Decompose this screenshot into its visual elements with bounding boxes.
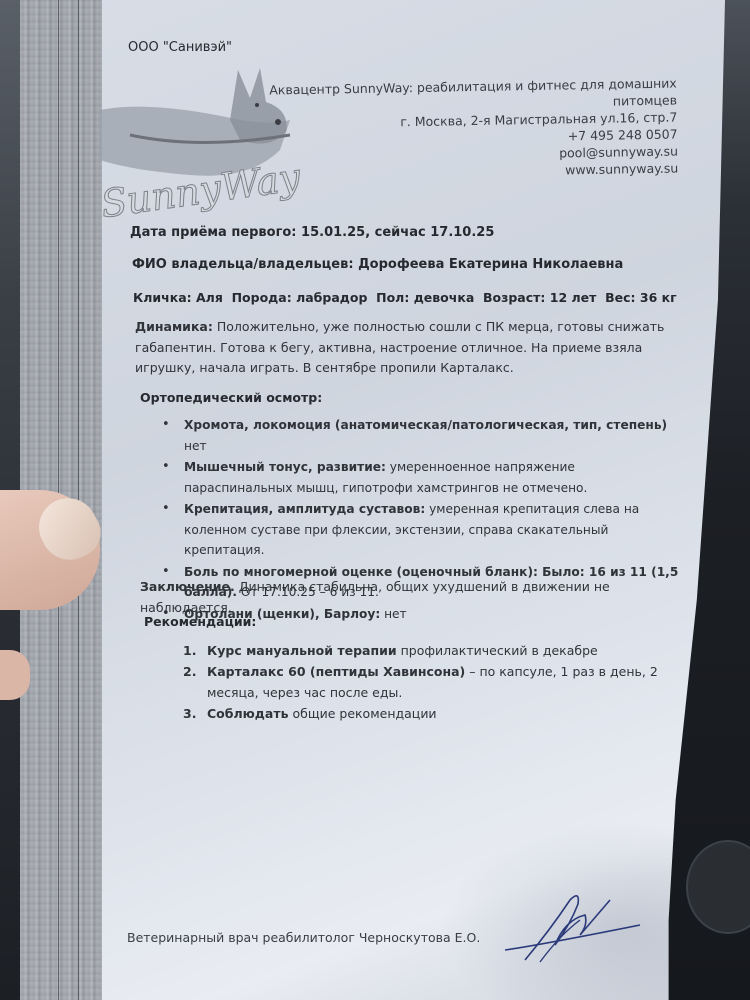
recommendation-item: 2.Карталакс 60 (пептиды Хавинсона) – по … — [183, 661, 683, 703]
signer: Ветеринарный врач реабилитолог Черноскут… — [127, 930, 480, 945]
recommendation-number: 3. — [183, 703, 196, 724]
pet-sex: девочка — [414, 290, 475, 305]
ortho-item: Мышечный тонус, развитие: умеренноенное … — [160, 457, 680, 498]
pet-name: Аля — [196, 290, 223, 305]
owner-name: ФИО владельца/владельцев: Дорофеева Екат… — [132, 257, 623, 272]
ortho-item-label: Мышечный тонус, развитие: — [184, 460, 386, 474]
recommendation-number: 1. — [183, 640, 196, 661]
recommendation-number: 2. — [183, 661, 196, 682]
conclusion-label: Заключение. — [140, 579, 235, 594]
recommendations-list: 1.Курс мануальной терапии профилактическ… — [183, 640, 683, 724]
vet-report: SunnyWay ООО "Санивэй" Аквацентр SunnyWa… — [0, 0, 750, 1000]
dynamics-label: Динамика: — [135, 319, 213, 334]
ortho-item-label: Хромота, локомоция (анатомическая/патоло… — [184, 418, 667, 432]
recommendation-title: Карталакс 60 (пептиды Хавинсона) — [207, 664, 465, 679]
pet-breed-label: Порода: — [232, 290, 292, 305]
pet-weight: 36 кг — [640, 290, 677, 305]
pet-sex-label: Пол: — [376, 290, 409, 305]
recommendation-item: 1.Курс мануальной терапии профилактическ… — [183, 640, 683, 661]
recommendation-title: Соблюдать — [207, 706, 288, 721]
ortho-item-label: Крепитация, амплитуда суставов: — [184, 502, 425, 516]
pet-breed: лабрадор — [296, 290, 367, 305]
owner-label: ФИО владельца/владельцев: — [132, 257, 354, 272]
ortho-item-value: нет — [184, 439, 207, 453]
pet-info: Кличка: Аля Порода: лабрадор Пол: девочк… — [133, 290, 677, 305]
recommendation-title: Курс мануальной терапии — [207, 643, 397, 658]
visit-date: Дата приёма первого: 15.01.25, сейчас 17… — [130, 225, 494, 240]
pet-age-label: Возраст: — [483, 290, 545, 305]
clinic-contacts: Аквацентр SunnyWay: реабилитация и фитне… — [270, 74, 679, 183]
recommendations-title: Рекомендации: — [144, 614, 256, 629]
signature-icon — [500, 890, 650, 965]
recommendation-text: профилактический в декабре — [401, 643, 598, 658]
company-name: ООО "Санивэй" — [128, 40, 232, 55]
owner-value: Дорофеева Екатерина Николаевна — [358, 257, 623, 272]
pet-weight-label: Вес: — [605, 290, 635, 305]
ortho-item: Крепитация, амплитуда суставов: умеренна… — [160, 499, 680, 561]
conclusion: Заключение. Динамика стабильна, общих ух… — [140, 577, 700, 618]
ortho-item: Хромота, локомоция (анатомическая/патоло… — [160, 415, 680, 456]
visit-date-value: 15.01.25, сейчас 17.10.25 — [301, 225, 494, 240]
recommendation-text: общие рекомендации — [292, 706, 436, 721]
visit-date-label: Дата приёма первого: — [130, 225, 297, 240]
pet-age: 12 лет — [550, 290, 597, 305]
ortho-title: Ортопедический осмотр: — [140, 390, 322, 405]
dynamics: Динамика: Положительно, уже полностью со… — [135, 317, 675, 379]
dynamics-text: Положительно, уже полностью сошли с ПК м… — [135, 319, 664, 375]
recommendation-item: 3.Соблюдать общие рекомендации — [183, 703, 683, 724]
pet-name-label: Кличка: — [133, 290, 192, 305]
